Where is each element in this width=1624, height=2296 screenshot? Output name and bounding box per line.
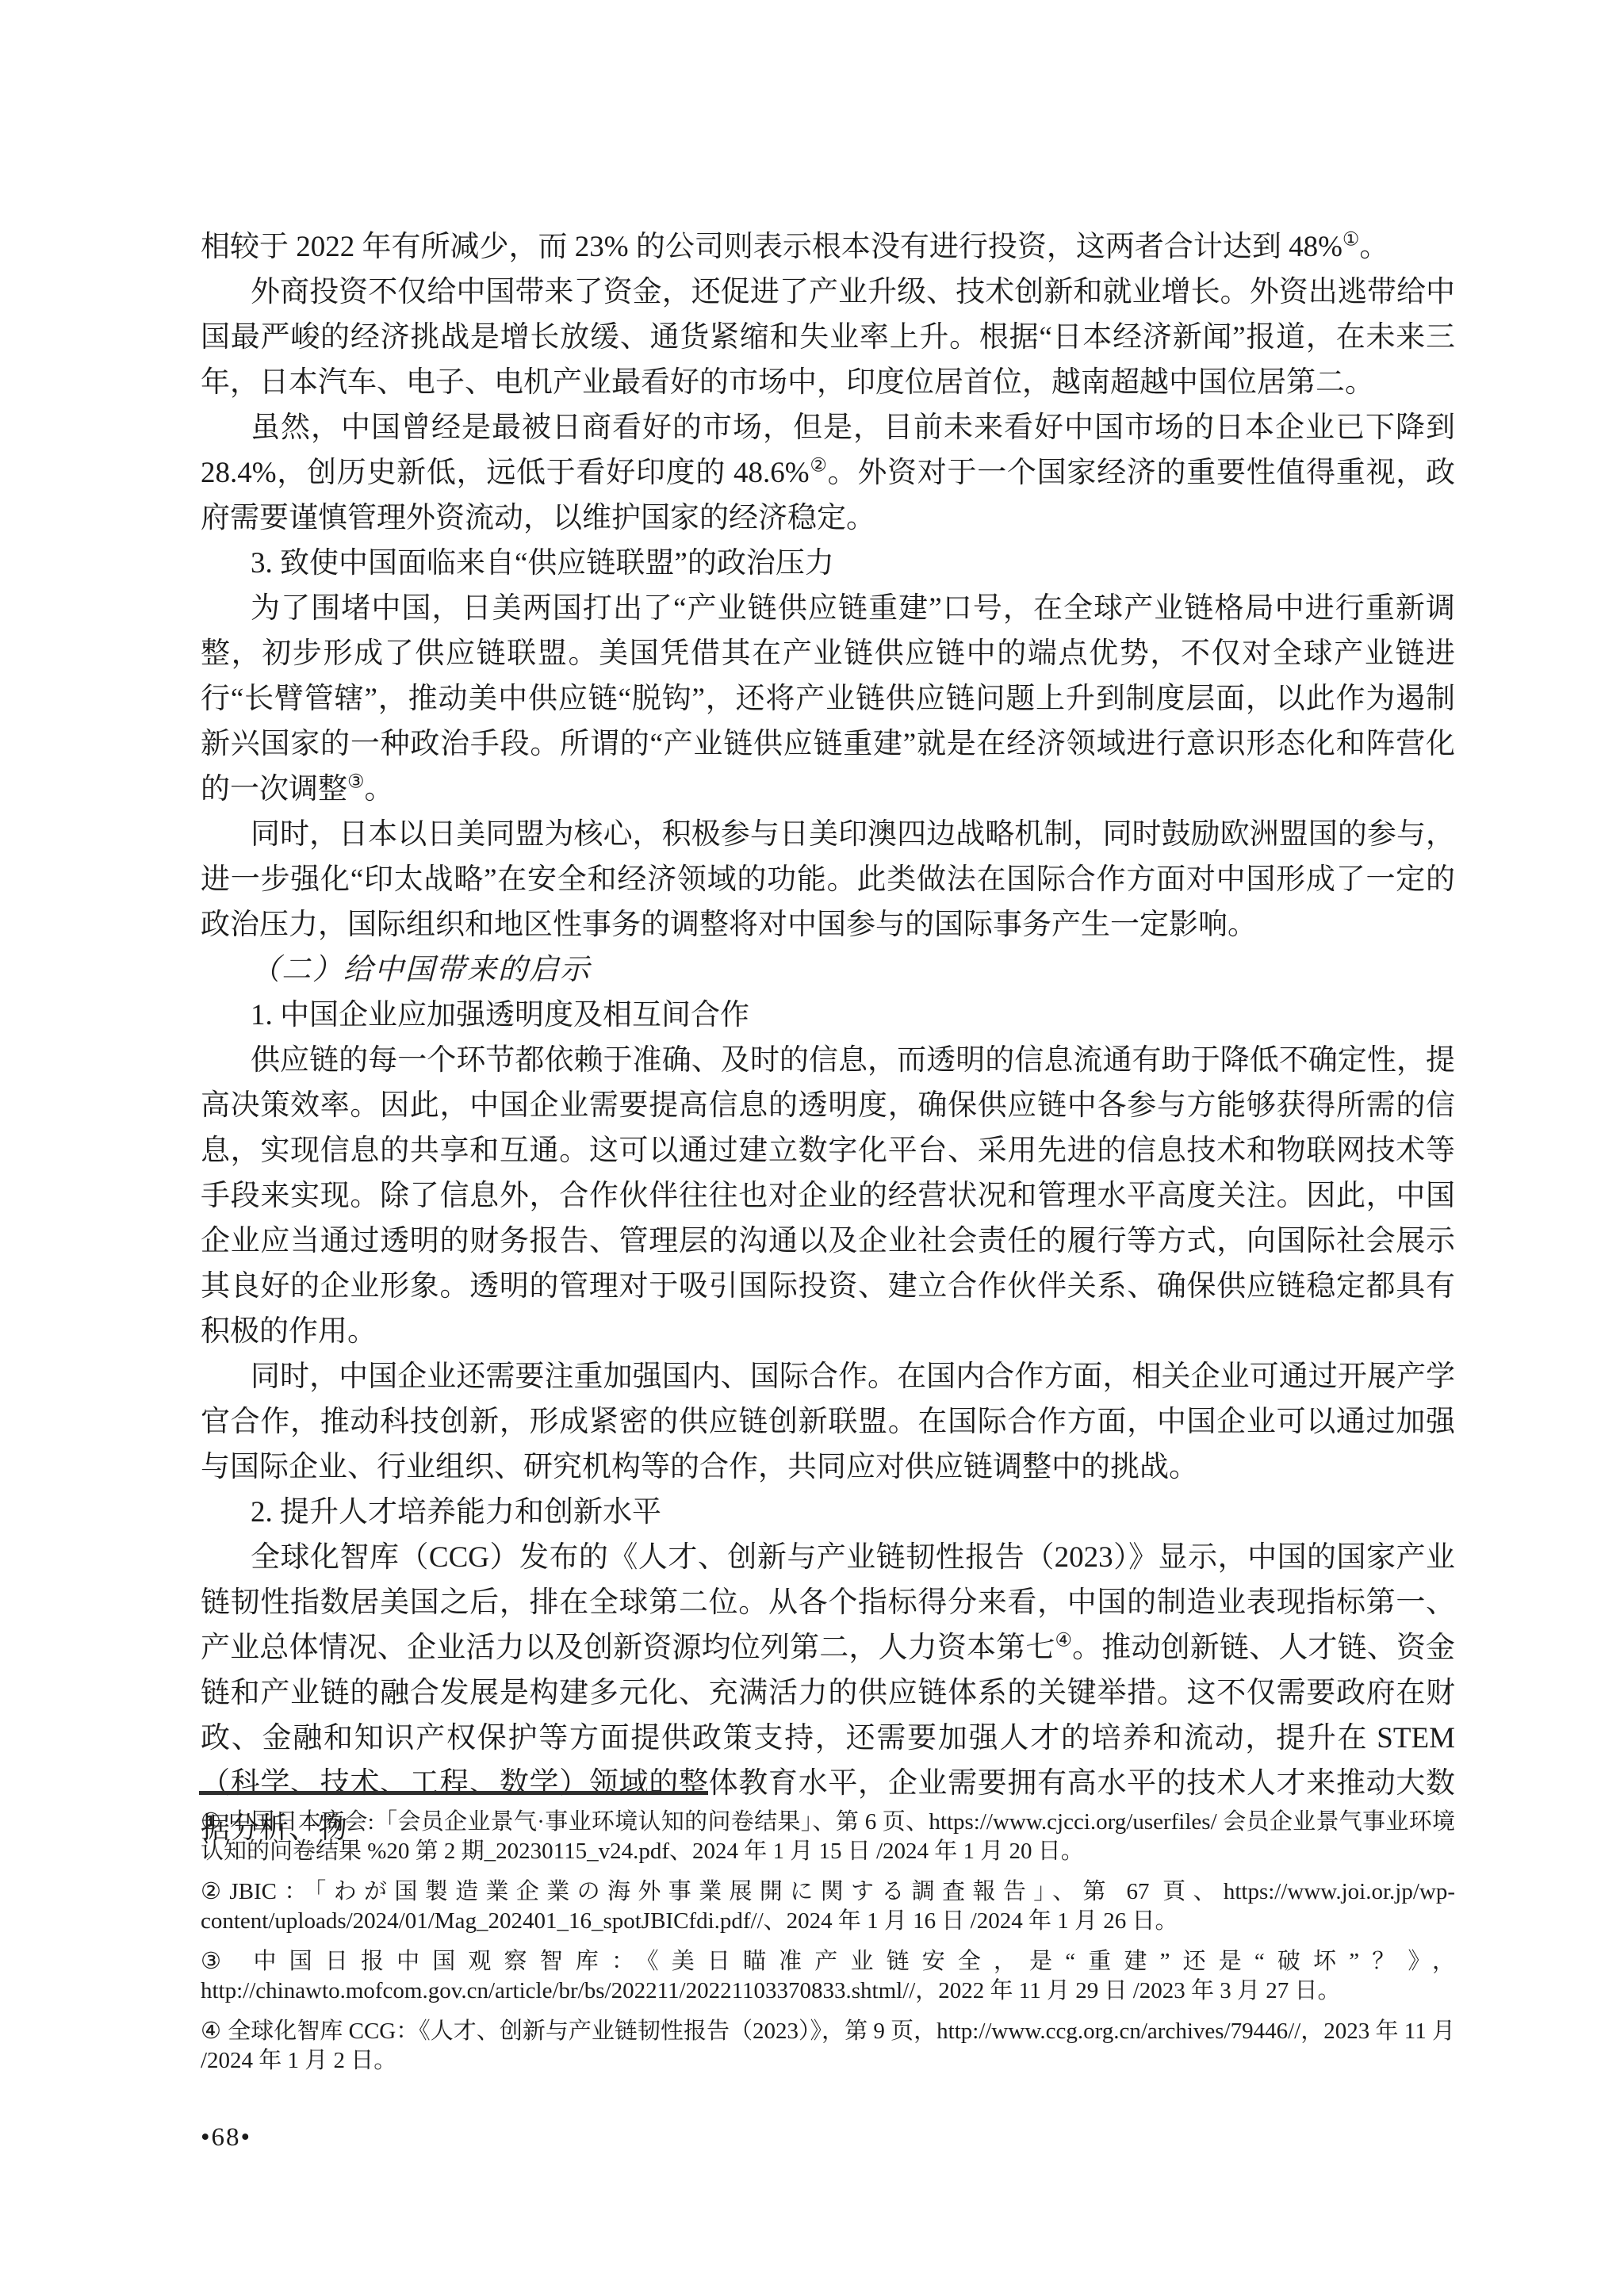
footnote: ④ 全球化智库 CCG：《人才、创新与产业链韧性报告（2023）》，第 9 页，… bbox=[201, 2017, 1455, 2076]
footnote: ① 中国日本商会:「会员企业景气·事业环境认知的问卷结果」、第 6 页、http… bbox=[201, 1808, 1455, 1866]
paragraph: 相较于 2022 年有所减少，而 23% 的公司则表示根本没有进行投资，这两者合… bbox=[201, 224, 1455, 270]
section-heading: （二）给中国带来的启示 bbox=[201, 947, 1455, 993]
footnote-reference: ① bbox=[1342, 230, 1360, 251]
subheading: 2. 提升人才培养能力和创新水平 bbox=[201, 1490, 1455, 1535]
paragraph: 外商投资不仅给中国带来了资金，还促进了产业升级、技术创新和就业增长。外资出逃带给… bbox=[201, 270, 1455, 405]
footnote: ②JBIC：「わが国製造業企業の海外事業展開に関する調査報告」、第 67 頁、h… bbox=[201, 1877, 1455, 1936]
paragraph: 虽然，中国曾经是最被日商看好的市场，但是，目前未来看好中国市场的日本企业已下降到… bbox=[201, 405, 1455, 541]
footnote: ③ 中国日报中国观察智库：《美日瞄准产业链安全，是“重建”还是“破坏”？》，ht… bbox=[201, 1947, 1455, 2006]
paragraph: 供应链的每一个环节都依赖于准确、及时的信息，而透明的信息流通有助于降低不确定性，… bbox=[201, 1038, 1455, 1354]
subheading: 3. 致使中国面临来自“供应链联盟”的政治压力 bbox=[201, 541, 1455, 586]
subheading: 1. 中国企业应加强透明度及相互间合作 bbox=[201, 993, 1455, 1038]
paragraph: 同时，日本以日美同盟为核心，积极参与日美印澳四边战略机制，同时鼓励欧洲盟国的参与… bbox=[201, 812, 1455, 947]
footnote-marker: ④ bbox=[201, 2019, 222, 2044]
paragraph: 同时，中国企业还需要注重加强国内、国际合作。在国内合作方面，相关企业可通过开展产… bbox=[201, 1354, 1455, 1490]
footnote-reference: ③ bbox=[347, 772, 365, 793]
footnote-reference: ④ bbox=[1055, 1631, 1072, 1651]
body-text: 相较于 2022 年有所减少，而 23% 的公司则表示根本没有进行投资，这两者合… bbox=[201, 224, 1455, 1851]
page-number: •68• bbox=[201, 2122, 251, 2153]
paragraph: 为了围堵中国，日美两国打出了“产业链供应链重建”口号，在全球产业链格局中进行重新… bbox=[201, 586, 1455, 812]
footnote-reference: ② bbox=[810, 456, 828, 476]
document-page: 相较于 2022 年有所减少，而 23% 的公司则表示根本没有进行投资，这两者合… bbox=[0, 0, 1624, 2296]
footnote-marker: ① bbox=[201, 1809, 222, 1835]
footnotes: ① 中国日本商会:「会员企业景气·事业环境认知的问卷结果」、第 6 页、http… bbox=[201, 1808, 1455, 2087]
footnote-marker: ③ bbox=[201, 1949, 235, 1974]
footnote-separator-rule bbox=[199, 1791, 708, 1795]
footnote-marker: ② bbox=[201, 1879, 229, 1904]
paragraph: 全球化智库（CCG）发布的《人才、创新与产业链韧性报告（2023）》显示，中国的… bbox=[201, 1535, 1455, 1851]
